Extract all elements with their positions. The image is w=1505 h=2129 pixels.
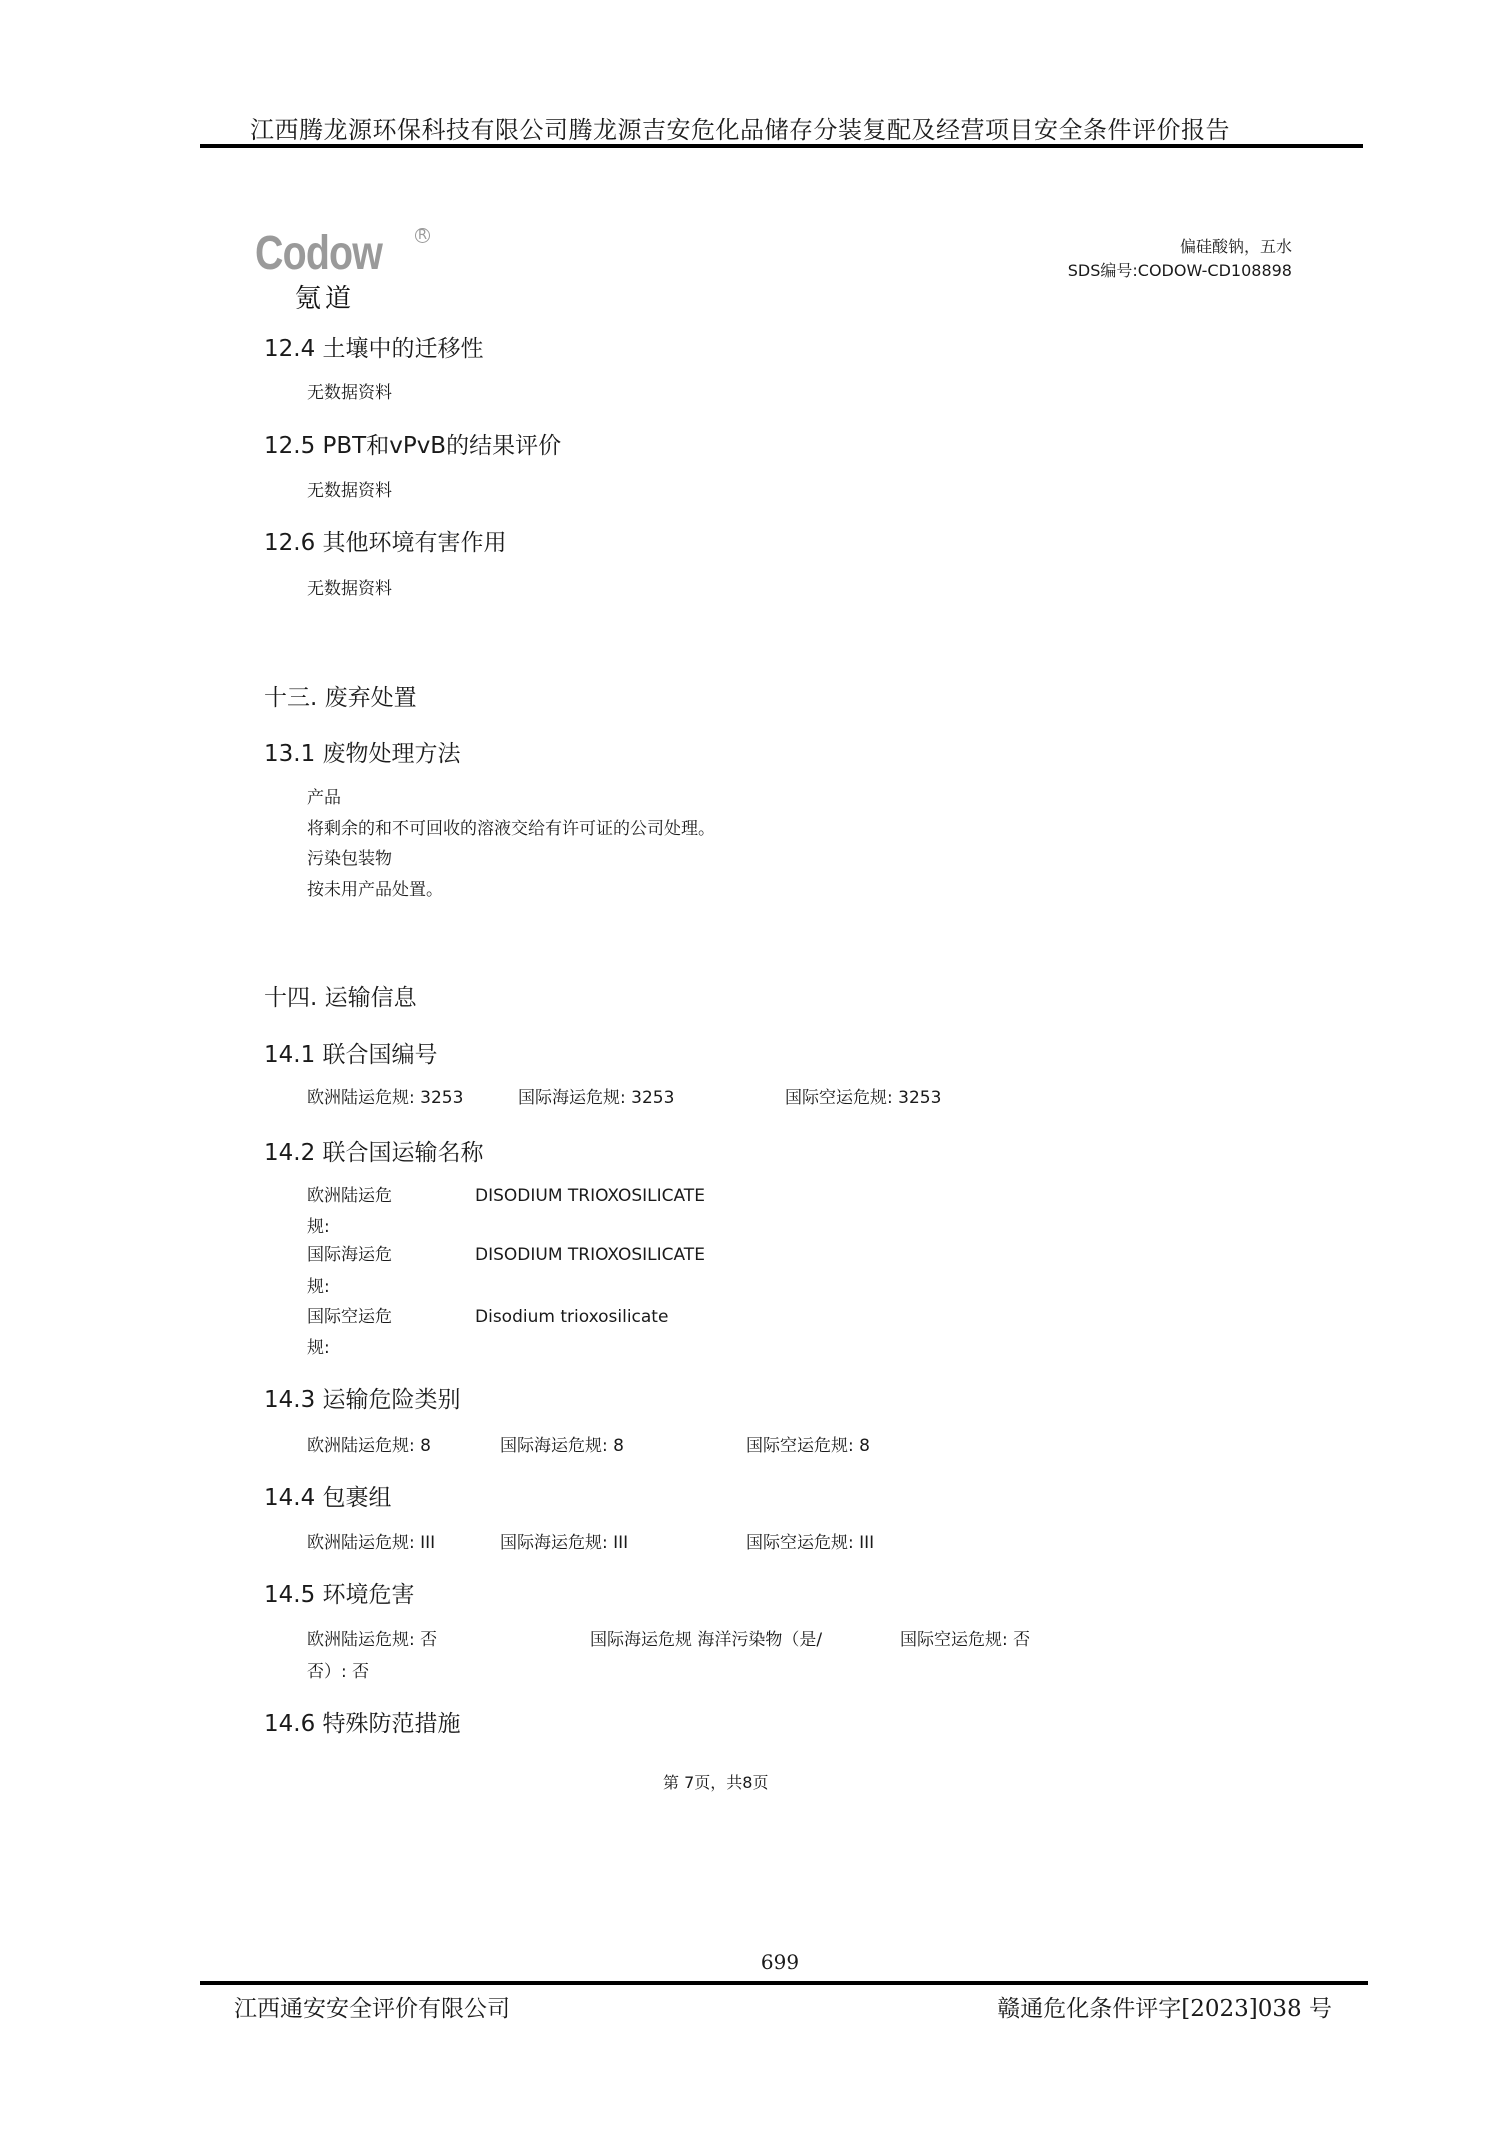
env-hazard-adr: 欧洲陆运危规: 否 — [307, 1629, 437, 1651]
codow-logo: Codow R 氪道 — [255, 226, 455, 316]
env-hazard-imdg-cont: 否）: 否 — [307, 1661, 369, 1683]
section-body-12-5: 无数据资料 — [307, 480, 392, 502]
un-number-imdg: 国际海运危规: 3253 — [518, 1087, 674, 1109]
footer-report-number: 赣通危化条件评字[2023]038 号 — [997, 1990, 1332, 2023]
section-heading-14-5: 14.5 环境危害 — [264, 1580, 415, 1610]
section-heading-14-3: 14.3 运输危险类别 — [264, 1385, 461, 1415]
logo-chinese: 氪道 — [295, 278, 355, 315]
section-heading-14-1: 14.1 联合国编号 — [264, 1040, 438, 1070]
section-heading-13-1: 13.1 废物处理方法 — [264, 739, 461, 769]
section-body-12-4: 无数据资料 — [307, 382, 392, 404]
shipping-name-label-adr: 欧洲陆运危 — [307, 1185, 392, 1207]
section-heading-12-6: 12.6 其他环境有害作用 — [264, 528, 507, 558]
sds-number: SDS编号:CODOW-CD108898 — [1068, 260, 1292, 282]
disposal-packaging-label: 污染包装物 — [307, 848, 392, 870]
env-hazard-iata: 国际空运危规: 否 — [900, 1629, 1030, 1651]
packing-group-imdg: 国际海运危规: III — [500, 1532, 628, 1554]
un-number-adr: 欧洲陆运危规: 3253 — [307, 1087, 463, 1109]
section-heading-14-6: 14.6 特殊防范措施 — [264, 1709, 461, 1739]
shipping-name-imdg: DISODIUM TRIOXOSILICATE — [475, 1244, 705, 1266]
page-number: 699 — [0, 1950, 1505, 1974]
footer-company: 江西通安安全评价有限公司 — [234, 1990, 510, 2023]
chapter-heading-13: 十三. 废弃处置 — [264, 683, 417, 713]
un-number-iata: 国际空运危规: 3253 — [785, 1087, 941, 1109]
registered-mark-icon: R — [415, 228, 430, 243]
section-heading-12-4: 12.4 土壤中的迁移性 — [264, 334, 484, 364]
disposal-product-label: 产品 — [307, 787, 341, 809]
shipping-name-label-iata-cont: 规: — [307, 1337, 330, 1359]
section-heading-12-5: 12.5 PBT和vPvB的结果评价 — [264, 431, 561, 461]
disposal-packaging-text: 按未用产品处置。 — [307, 879, 443, 901]
packing-group-iata: 国际空运危规: III — [746, 1532, 874, 1554]
chapter-heading-14: 十四. 运输信息 — [264, 983, 417, 1013]
shipping-name-label-imdg: 国际海运危 — [307, 1244, 392, 1266]
section-heading-14-4: 14.4 包裹组 — [264, 1483, 392, 1513]
sds-page-indicator: 第 7页，共8页 — [663, 1770, 768, 1793]
shipping-name-adr: DISODIUM TRIOXOSILICATE — [475, 1185, 705, 1207]
header-rule — [200, 144, 1363, 148]
section-heading-14-2: 14.2 联合国运输名称 — [264, 1138, 484, 1168]
footer-rule — [200, 1981, 1368, 1985]
disposal-product-text: 将剩余的和不可回收的溶液交给有许可证的公司处理。 — [307, 818, 715, 840]
env-hazard-imdg: 国际海运危规 海洋污染物（是/ — [590, 1629, 822, 1651]
hazard-class-adr: 欧洲陆运危规: 8 — [307, 1435, 431, 1457]
hazard-class-iata: 国际空运危规: 8 — [746, 1435, 870, 1457]
report-header-title: 江西腾龙源环保科技有限公司腾龙源吉安危化品储存分装复配及经营项目安全条件评价报告 — [250, 110, 1230, 145]
shipping-name-label-iata: 国际空运危 — [307, 1306, 392, 1328]
packing-group-adr: 欧洲陆运危规: III — [307, 1532, 435, 1554]
product-name: 偏硅酸钠，五水 — [1180, 236, 1292, 258]
shipping-name-iata: Disodium trioxosilicate — [475, 1306, 668, 1328]
hazard-class-imdg: 国际海运危规: 8 — [500, 1435, 624, 1457]
section-body-12-6: 无数据资料 — [307, 578, 392, 600]
shipping-name-label-imdg-cont: 规: — [307, 1276, 330, 1298]
logo-wordmark: Codow — [255, 226, 382, 281]
shipping-name-label-adr-cont: 规: — [307, 1216, 330, 1238]
